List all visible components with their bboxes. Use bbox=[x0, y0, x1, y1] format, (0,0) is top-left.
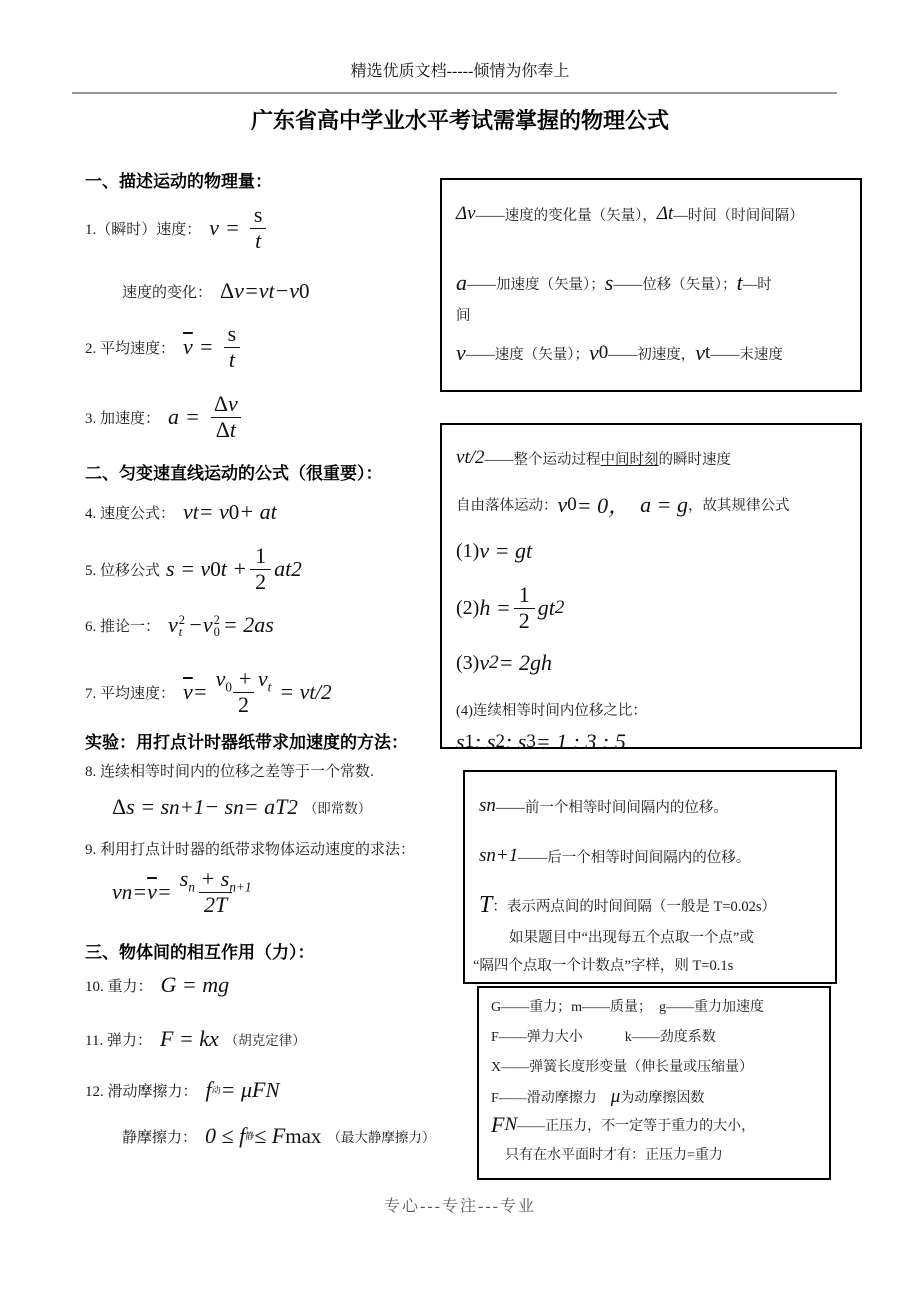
math-a: a bbox=[168, 404, 179, 430]
doc-banner: 精选优质文档-----倾情为你奉上 bbox=[0, 58, 920, 81]
ratio-caption: (4)连续相等时间内位移之比： bbox=[456, 699, 647, 720]
formula-2-label: 2. 平均速度： bbox=[85, 337, 175, 358]
formula-8-label: 8. 连续相等时间内的位移之差等于一个常数. bbox=[85, 760, 374, 781]
formula-10-label: 10. 重力： bbox=[85, 975, 153, 996]
formula-6-label: 6. 推论一： bbox=[85, 615, 160, 636]
math-vbar: v bbox=[147, 879, 157, 905]
math-eq: = bbox=[225, 215, 240, 241]
fraction-sn-sn1-2T: sn + sn+1 2T bbox=[175, 867, 257, 917]
formula-gravity: 10. 重力： G = mg bbox=[85, 968, 229, 1002]
formula-8-note: （即常数） bbox=[304, 797, 372, 817]
formula-4-label: 4. 速度公式： bbox=[85, 502, 175, 523]
section-1-heading: 一、描述运动的物理量： bbox=[85, 167, 272, 192]
math-v: v bbox=[209, 215, 219, 241]
formula-12b-label: 静摩擦力： bbox=[122, 1126, 197, 1147]
formula-instant-velocity: 1.（瞬时）速度： v = s t bbox=[85, 200, 270, 256]
page-title-text: 广东省高中学业水平考试需掌握的物理公式 bbox=[251, 104, 669, 135]
legend-line: sn+1——后一个相等时间间隔内的位移。 bbox=[479, 845, 750, 867]
formula-delta-s: Δs = sn+1 − sn = aT2 （即常数） bbox=[112, 790, 371, 824]
legend-line: v——速度（矢量）；v0——初速度，vt——末速度 bbox=[456, 340, 783, 366]
freefall-formula-1: (1)v = gt bbox=[456, 538, 532, 564]
supsub-vt2: 2t bbox=[179, 614, 185, 639]
formula-static-friction: 静摩擦力： 0 ≤ f静 ≤ Fmax （最大静摩擦力） bbox=[122, 1118, 435, 1154]
page-title: 广东省高中学业水平考试需掌握的物理公式 bbox=[0, 104, 920, 135]
formula-7-label: 7. 平均速度： bbox=[85, 682, 175, 703]
formula-average-velocity: 2. 平均速度： v = s t bbox=[85, 318, 244, 376]
legend-line: X——弹簧长度形变量（伸长量或压缩量） bbox=[491, 1056, 753, 1076]
formula-velocity-eq: 4. 速度公式： vt = v0 + at bbox=[85, 496, 277, 528]
formula-11-note: （胡克定律） bbox=[225, 1029, 306, 1049]
legend-box-tape-timer: sn——前一个相等时间间隔内的位移。 sn+1——后一个相等时间间隔内的位移。 … bbox=[463, 770, 837, 984]
legend-line: “隔四个点取一个计数点”字样，则 T=0.1s bbox=[473, 954, 733, 975]
formula-1-label: 1.（瞬时）速度： bbox=[85, 218, 201, 239]
legend-line: vt/2——整个运动过程中间时刻的瞬时速度 bbox=[456, 447, 731, 469]
supsub-v02: 20 bbox=[214, 614, 220, 639]
legend-box-forces: G——重力；m——质量； g——重力加速度 F——弹力大小 k——劲度系数 X—… bbox=[477, 986, 831, 1180]
fraction-dv-dt: Δv Δt bbox=[209, 392, 243, 442]
doc-footer: 专心---专注---专业 bbox=[0, 1193, 920, 1216]
formula-acceleration: 3. 加速度： a = Δv Δt bbox=[85, 388, 246, 446]
legend-box-freefall: vt/2——整个运动过程中间时刻的瞬时速度 自由落体运动：v0 = 0，a = … bbox=[440, 423, 862, 749]
freefall-formula-3: (3)v2 = 2gh bbox=[456, 650, 552, 676]
formula-9-label: 9. 利用打点计时器的纸带求物体运动速度的求法： bbox=[85, 838, 415, 859]
ratio-formula-clipped: s1 : s2 : s3 = 1 : 3 : 5 bbox=[456, 729, 626, 749]
formula-displacement-eq: 5. 位移公式 s = v0t + 1 2 at2 bbox=[85, 540, 302, 598]
section-2-heading: 二、匀变速直线运动的公式（很重要）： bbox=[85, 459, 383, 484]
formula-3-label: 3. 加速度： bbox=[85, 407, 160, 428]
experiment-heading: 实验：用打点计时器纸带求加速度的方法： bbox=[85, 728, 408, 753]
doc-footer-text: 专心---专注---专业 bbox=[384, 1193, 536, 1216]
legend-line: 只有在水平面时才有：正压力=重力 bbox=[505, 1144, 723, 1164]
legend-line: sn——前一个相等时间间隔内的位移。 bbox=[479, 795, 728, 817]
fraction-one-half: 1 2 bbox=[250, 544, 271, 594]
freefall-formula-2: (2)h = 1 2 gt2 bbox=[456, 581, 564, 635]
legend-line: Δv——速度的变化量（矢量），Δt—时间（时间间隔） bbox=[456, 203, 804, 225]
formula-12-label: 12. 滑动摩擦力： bbox=[85, 1080, 198, 1101]
formula-velocity-change: 速度的变化： Δv = vt − v0 bbox=[122, 276, 310, 306]
fraction-v0-vt-2: v0 + vt 2 bbox=[211, 667, 277, 717]
fraction-s-t: s t bbox=[223, 322, 242, 372]
legend-line: F——弹力大小 k——劲度系数 bbox=[491, 1026, 716, 1046]
legend-box-velocity: Δv——速度的变化量（矢量），Δt—时间（时间间隔） a——加速度（矢量）；s—… bbox=[440, 178, 862, 392]
legend-line: 如果题目中“出现每五个点取一个点”或 bbox=[509, 926, 754, 947]
formula-sliding-friction: 12. 滑动摩擦力： f动 = μFN bbox=[85, 1072, 280, 1108]
formula-1b-label: 速度的变化： bbox=[122, 281, 212, 302]
formula-average-velocity-2: 7. 平均速度： v = v0 + vt 2 = vt/2 bbox=[85, 663, 332, 721]
doc-banner-text: 精选优质文档-----倾情为你奉上 bbox=[351, 58, 570, 81]
legend-line: 间 bbox=[456, 304, 471, 325]
formula-vn: vn = v = sn + sn+1 2T bbox=[112, 863, 259, 921]
legend-line: 自由落体运动：v0 = 0，a = g，故其规律公式 bbox=[456, 489, 789, 520]
math-vbar: v bbox=[183, 334, 193, 360]
formula-corollary-one: 6. 推论一： v 2t − v 20 = 2as bbox=[85, 608, 274, 642]
formula-11-label: 11. 弹力： bbox=[85, 1029, 152, 1050]
fraction-s-t: s t bbox=[249, 203, 268, 253]
math-delta: Δ bbox=[220, 278, 234, 304]
legend-line: a——加速度（矢量）；s——位移（矢量）；t—时 bbox=[456, 270, 772, 296]
document-page: 精选优质文档-----倾情为你奉上 广东省高中学业水平考试需掌握的物理公式 一、… bbox=[0, 0, 920, 1302]
legend-line: G——重力；m——质量； g——重力加速度 bbox=[491, 996, 764, 1016]
formula-12b-note: （最大静摩擦力） bbox=[327, 1126, 435, 1146]
legend-line: FN——正压力，不一定等于重力的大小， bbox=[491, 1112, 755, 1138]
math-vbar: v bbox=[183, 679, 193, 705]
legend-line: T：表示两点间的时间间隔（一般是 T=0.02s） bbox=[479, 892, 776, 919]
math-delta: Δ bbox=[112, 794, 126, 820]
legend-line: F——滑动摩擦力 μ为动摩擦因数 bbox=[491, 1086, 704, 1108]
formula-elastic: 11. 弹力： F = kx （胡克定律） bbox=[85, 1022, 306, 1056]
header-divider bbox=[72, 92, 837, 94]
section-3-heading: 三、物体间的相互作用（力）： bbox=[85, 938, 315, 963]
fraction-one-half: 1 2 bbox=[514, 583, 535, 633]
formula-5-label: 5. 位移公式 bbox=[85, 559, 160, 580]
